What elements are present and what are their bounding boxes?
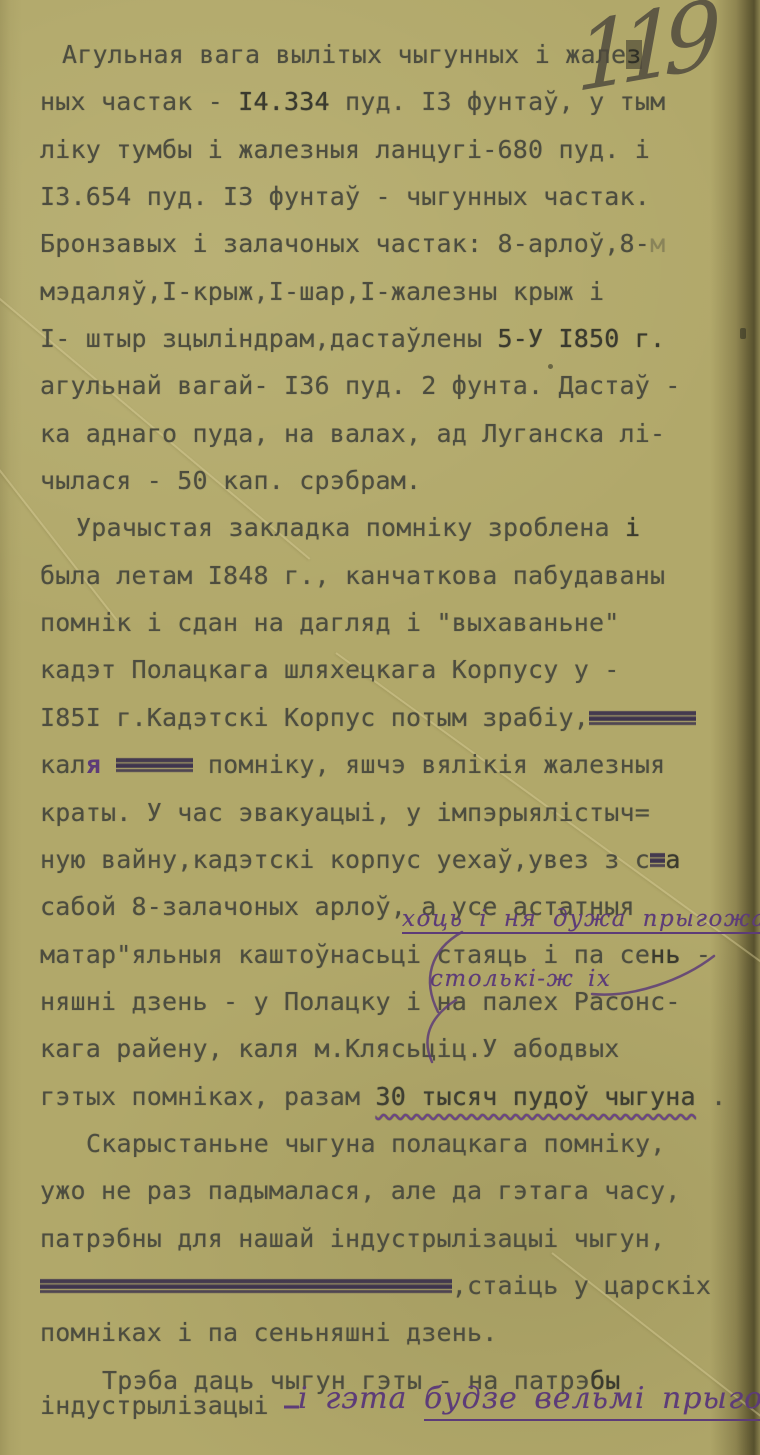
text-segment: м [650, 229, 665, 258]
text-segment: помніках і па сеньняшні дзень. [40, 1318, 498, 1347]
text-segment: . [696, 1082, 727, 1111]
text-segment: Бронзавых і залачоных частак: 8-арлоў,8- [40, 229, 650, 258]
text-segment: помніку, яшчэ вялікія жалезныя [193, 750, 666, 779]
text-segment: Урачыстая закладка помніку зроблена [76, 513, 625, 542]
text-segment: Агульная вага вылітых чыгунных і жале [62, 40, 626, 69]
handwritten-note-3-underlined: будзе вельмі прыгожа [424, 1381, 760, 1421]
text-segment: І4.334 [238, 87, 330, 116]
text-segment: мэдаляў,І-крыж,І-шар,І-жалезны крыж і [40, 277, 604, 306]
text-segment: краты. У час эвакуацыі, у імпэрыялістыч= [40, 798, 650, 827]
text-segment: ных частак - [40, 87, 238, 116]
text-segment: І- штыр зцыліндрам,дастаўлены [40, 324, 498, 353]
typed-line: Бронзавых і залачоных частак: 8-арлоў,8-… [40, 229, 740, 276]
edge-nick [740, 328, 746, 339]
typed-line: І- штыр зцыліндрам,дастаўлены 5-У І850 г… [40, 324, 740, 371]
text-segment: агульнай вагай- І36 пуд. 2 фунта. Дастаў… [40, 371, 681, 400]
text-segment: няшні дзень - у Полацку і [40, 987, 437, 1016]
typed-line: І85І г.Кадэтскі Корпус потым зрабіу, [40, 703, 740, 750]
text-segment: і [625, 513, 640, 542]
text-segment: ную вайну,кадэтскі корпус уехаў,увез з с [40, 845, 650, 874]
typed-line: чылася - 50 кап. срэбрам. [40, 466, 740, 513]
text-segment: кага райену, каля м.Клясьціц.У абодвых [40, 1034, 620, 1063]
text-segment [101, 750, 116, 779]
typed-line: Урачыстая закладка помніку зроблена і [40, 513, 740, 560]
text-segment: гэтых помніках, разам [40, 1082, 376, 1111]
text-segment: Скарыстаньне чыгуна полацкага помніку, [86, 1129, 666, 1158]
typed-line: кага райену, каля м.Клясьціц.У абодвых [40, 1034, 740, 1081]
typed-line: патрэбны для нашай індустрылізацыі чыгун… [40, 1224, 740, 1271]
text-segment: патрэбны для нашай індустрылізацыі чыгун… [40, 1224, 665, 1253]
text-segment: кадэт Полацкага шляхецкага Корпусу у - [40, 655, 620, 684]
typed-text-block: Агульная вага вылітых чыгунных і жалезны… [40, 40, 740, 1438]
struck-out-text [589, 703, 696, 732]
page-number-pencil: 119 [576, 0, 708, 106]
document-page: Агульная вага вылітых чыгунных і жалезны… [0, 0, 760, 1455]
typed-line: была летам І848 г., канчаткова пабудаван… [40, 561, 740, 608]
text-segment: ка аднаго пуда, на валах, ад Луганска лі… [40, 419, 665, 448]
text-segment: ліку тумбы і жалезныя ланцугі-680 пуд. і [40, 135, 650, 164]
handwritten-note-3: і гэта будзе вельмі прыгожа [298, 1381, 760, 1416]
swoosh-line [588, 952, 720, 1000]
typed-line: мэдаляў,І-крыж,І-шар,І-жалезны крыж і [40, 277, 740, 324]
typed-line: ліку тумбы і жалезныя ланцугі-680 пуд. і [40, 135, 740, 182]
text-segment: 30 тысяч пудоў чыгуна [376, 1082, 696, 1111]
text-segment: я [86, 750, 101, 779]
text-segment: 5-У І850 г. [498, 324, 666, 353]
text-segment: — [284, 1391, 299, 1420]
text-segment: індустрылізацыі [40, 1391, 284, 1420]
typed-line: агульнай вагай- І36 пуд. 2 фунта. Дастаў… [40, 371, 740, 418]
text-segment: матар"яльныя каштоўнасьці [40, 940, 437, 969]
struck-out-text [116, 750, 192, 779]
text-segment: ,стаіць у царскіх [452, 1271, 711, 1300]
handwritten-note-3-prefix: і гэта [298, 1381, 424, 1416]
typed-line: помнік і сдан на дагляд і "выхаваньне" [40, 608, 740, 655]
typed-line: каля помніку, яшчэ вялікія жалезныя [40, 750, 740, 797]
typed-line: гэтых помніках, разам 30 тысяч пудоў чыг… [40, 1082, 740, 1129]
typed-line: ,стаіць у царскіх [40, 1271, 740, 1318]
struck-out-text [650, 845, 665, 874]
typed-line: кадэт Полацкага шляхецкага Корпусу у - [40, 655, 740, 702]
typed-line: краты. У час эвакуацыі, у імпэрыялістыч= [40, 798, 740, 845]
text-segment: І85І г.Кадэтскі Корпус потым зрабіу, [40, 703, 589, 732]
text-segment: ІЗ.654 пуд. ІЗ фунтаў - чыгунных частак. [40, 182, 650, 211]
typed-line: ка аднаго пуда, на валах, ад Луганска лі… [40, 419, 740, 466]
typed-line: ужо не раз падымалася, але да гэтага час… [40, 1176, 740, 1223]
typed-line: Скарыстаньне чыгуна полацкага помніку, [40, 1129, 740, 1176]
typed-line: помніках і па сеньняшні дзень. [40, 1318, 740, 1365]
typed-line: ную вайну,кадэтскі корпус уехаў,увез з с… [40, 845, 740, 892]
text-segment: чылася - 50 кап. срэбрам. [40, 466, 421, 495]
text-segment: ужо не раз падымалася, але да гэтага час… [40, 1176, 681, 1205]
insertion-mark-curve [418, 994, 462, 1066]
text-segment: была летам І848 г., канчаткова пабудаван… [40, 561, 665, 590]
text-segment: кал [40, 750, 86, 779]
text-segment: помнік і сдан на дагляд і "выхаваньне" [40, 608, 620, 637]
text-segment: а [665, 845, 680, 874]
struck-out-text [40, 1271, 452, 1300]
typed-line: ІЗ.654 пуд. ІЗ фунтаў - чыгунных частак. [40, 182, 740, 229]
